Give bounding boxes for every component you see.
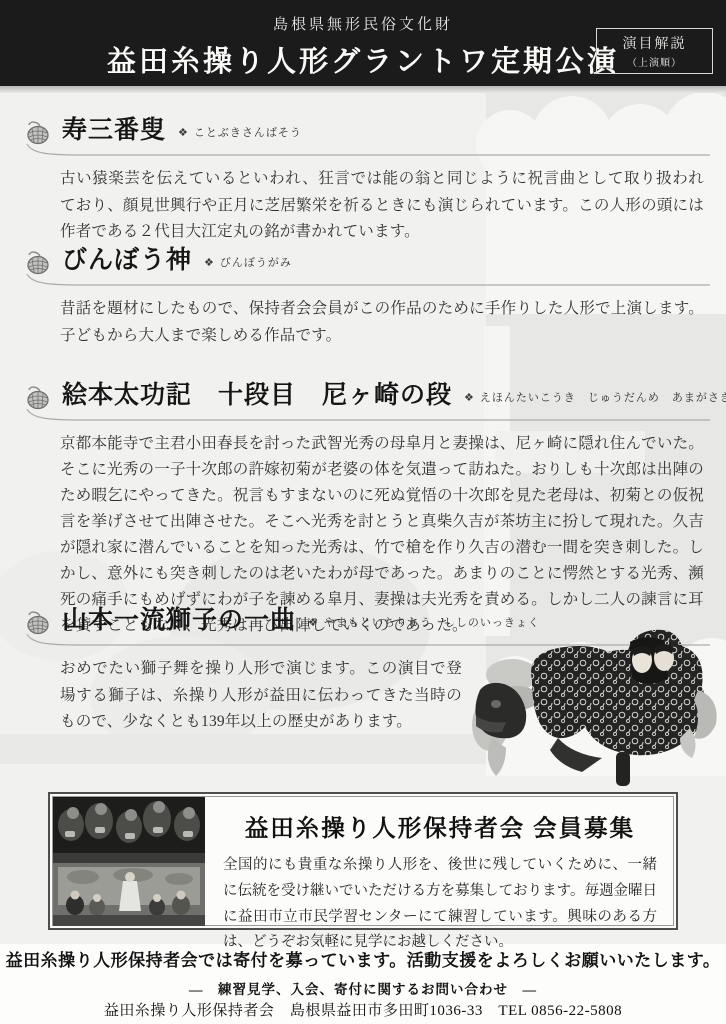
diamond-icon: ❖ bbox=[204, 257, 215, 269]
header-shadow bbox=[0, 86, 726, 93]
section-ehon-taikoki: 絵本太功記 十段目 尼ヶ崎の段 ❖えほんたいこうき じゅうだんめ あまがさきのだ… bbox=[0, 381, 726, 639]
recruitment-title: 益田糸操り人形保持者会 会員募集 bbox=[223, 809, 657, 843]
program-notes-badge: 演目解説 （上演順） bbox=[596, 28, 713, 74]
section-underline bbox=[24, 409, 712, 423]
section-description: おめでたい獅子舞を操り人形で演じます。この演目で登場する獅子は、糸操り人形が益田… bbox=[60, 656, 462, 736]
diamond-icon: ❖ bbox=[464, 392, 475, 404]
kana-text: びんぼうがみ bbox=[220, 257, 292, 269]
contact-heading: — 練習見学、入会、寄付に関するお問い合わせ — bbox=[0, 978, 726, 998]
recruitment-box: 益田糸操り人形保持者会 会員募集 全国的にも貴重な糸操り人形を、後世に残していく… bbox=[48, 792, 678, 930]
section-underline bbox=[24, 274, 712, 288]
recruitment-text-area: 益田糸操り人形保持者会 会員募集 全国的にも貴重な糸操り人形を、後世に残していく… bbox=[205, 797, 673, 925]
performance-photo bbox=[53, 797, 205, 926]
section-title: 絵本太功記 十段目 尼ヶ崎の段 bbox=[62, 382, 452, 410]
lion-puppet-photo bbox=[462, 620, 726, 792]
badge-line1: 演目解説 bbox=[597, 33, 712, 53]
thread-ball-icon bbox=[24, 610, 54, 638]
diamond-icon: ❖ bbox=[308, 617, 319, 629]
header-band: 島根県無形民俗文化財 益田糸操り人形グラントワ定期公演 演目解説 （上演順） bbox=[0, 0, 726, 86]
section-kana: ❖びんぼうがみ bbox=[204, 254, 292, 274]
thread-ball-icon bbox=[24, 120, 54, 148]
contact-info: 益田糸操り人形保持者会 島根県益田市多田町1036-33 TEL 0856-22… bbox=[0, 999, 726, 1020]
flyer-page: 島根県無形民俗文化財 益田糸操り人形グラントワ定期公演 演目解説 （上演順） 寿… bbox=[0, 0, 726, 1024]
badge-line2: （上演順） bbox=[597, 54, 712, 69]
section-kotobuki-sanbaso: 寿三番叟 ❖ことぶきさんばそう 古い猿楽芸を伝えているといわれ、狂言では能の翁と… bbox=[0, 116, 726, 246]
section-title: 寿三番叟 bbox=[62, 117, 166, 145]
section-kana: ❖えほんたいこうき じゅうだんめ あまがさきのだん bbox=[464, 389, 726, 409]
thread-ball-icon bbox=[24, 385, 54, 413]
recruitment-description: 全国的にも貴重な糸操り人形を、後世に残していくために、一緒に伝統を受け継いでいた… bbox=[223, 853, 657, 956]
section-title: 山本一流獅子の一曲 bbox=[62, 607, 296, 635]
kana-text: えほんたいこうき じゅうだんめ あまがさきのだん bbox=[480, 392, 726, 404]
kana-text: ことぶきさんばそう bbox=[194, 127, 302, 139]
diamond-icon: ❖ bbox=[178, 127, 189, 139]
section-description: 昔話を題材にしたもので、保持者会会員がこの作品のために手作りした人形で上演します… bbox=[60, 296, 704, 349]
recruitment-box-inner: 益田糸操り人形保持者会 会員募集 全国的にも貴重な糸操り人形を、後世に残していく… bbox=[52, 796, 674, 926]
thread-ball-icon bbox=[24, 250, 54, 278]
section-description: 古い猿楽芸を伝えているといわれ、狂言では能の翁と同じように祝言曲として取り扱われ… bbox=[60, 166, 704, 246]
section-kana: ❖ことぶきさんばそう bbox=[178, 124, 302, 144]
section-underline bbox=[24, 144, 712, 158]
section-binbogami: びんぼう神 ❖びんぼうがみ 昔話を題材にしたもので、保持者会会員がこの作品のため… bbox=[0, 246, 726, 349]
donation-notice: 益田糸操り人形保持者会では寄付を募っています。活動支援をよろしくお願いいたします… bbox=[0, 946, 726, 971]
section-title: びんぼう神 bbox=[62, 247, 192, 275]
